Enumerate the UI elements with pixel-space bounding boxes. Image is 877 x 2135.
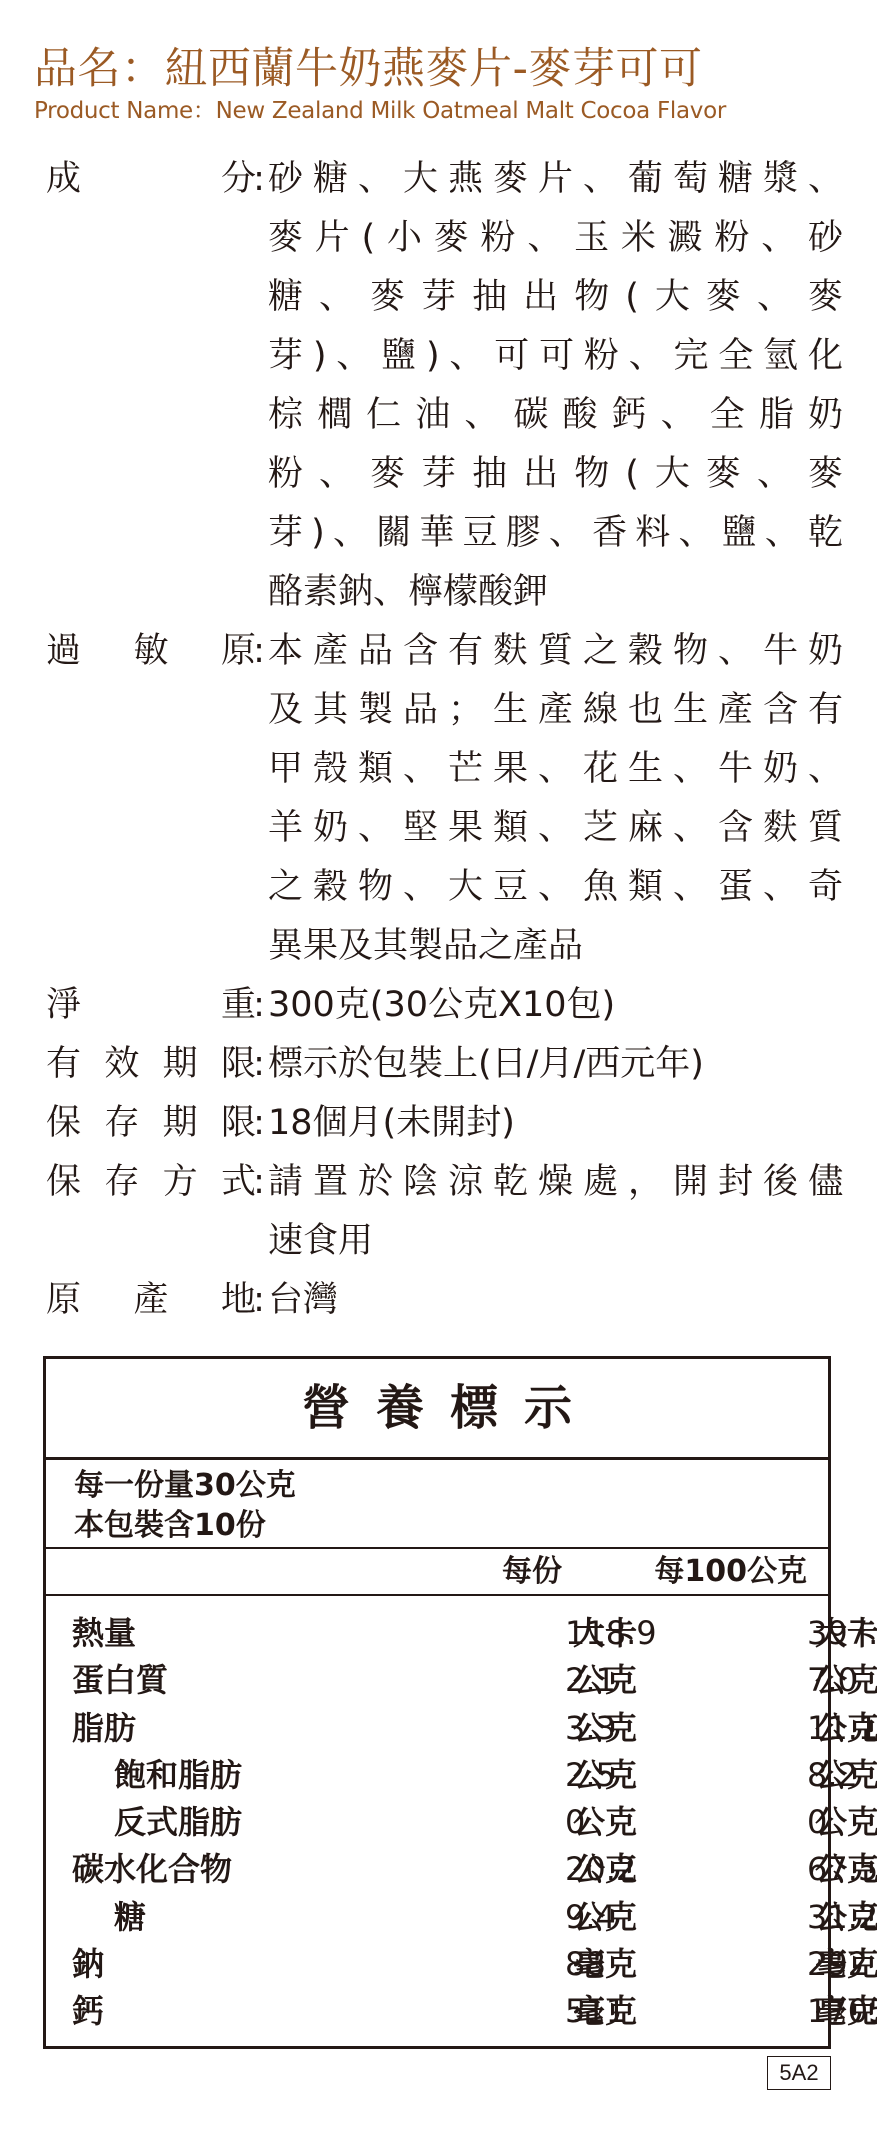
info-label-char: 有 bbox=[46, 1035, 81, 1094]
info-label: 過敏原 bbox=[46, 622, 256, 681]
serving-size: 每一份量30公克 bbox=[74, 1466, 828, 1506]
product-name-title: 品名：紐西蘭牛奶燕麥片-麥芽可可 bbox=[34, 42, 703, 96]
info-value: 本產品含有麩質之穀物、牛奶及其製品；生產線也生產含有甲殼類、芒果、花生、牛奶、羊… bbox=[268, 622, 843, 976]
product-info-section: 成分:砂糖、大燕麥片、葡萄糖漿、麥片(小麥粉、玉米澱粉、砂糖、麥芽抽出物(大麥、… bbox=[0, 150, 877, 1330]
info-value-line: 芽)、關華豆膠、香料、鹽、乾 bbox=[268, 504, 843, 563]
nutrient-row: 蛋白質2.1公克7.0公克 bbox=[46, 1657, 828, 1704]
info-label-char: 原 bbox=[46, 1271, 81, 1330]
per-serving-unit: 公克 bbox=[573, 1657, 637, 1704]
info-label-char: 期 bbox=[163, 1035, 198, 1094]
nutrient-rows: 熱量118.9大卡397.9大卡蛋白質2.1公克7.0公克脂肪3.3公克11.1… bbox=[46, 1596, 828, 2036]
info-value-line: 異果及其製品之產品 bbox=[268, 917, 843, 976]
info-value: 台灣 bbox=[268, 1271, 843, 1330]
info-value: 砂糖、大燕麥片、葡萄糖漿、麥片(小麥粉、玉米澱粉、砂糖、麥芽抽出物(大麥、麥芽)… bbox=[268, 150, 843, 622]
info-value: 300克(30公克X10包) bbox=[268, 976, 843, 1035]
column-header-per-100g: 每100公克 bbox=[654, 1549, 807, 1594]
info-label: 有效期限 bbox=[46, 1035, 256, 1094]
per-100g-unit: 大卡 bbox=[815, 1610, 877, 1657]
code-badge: 5A2 bbox=[767, 2056, 831, 2090]
info-value-line: 羊奶、堅果類、芝麻、含麩質 bbox=[268, 799, 843, 858]
info-value: 標示於包裝上(日/月/西元年) bbox=[268, 1035, 843, 1094]
info-colon: : bbox=[250, 1094, 268, 1153]
info-row-net-weight: 淨重:300克(30公克X10包) bbox=[0, 976, 877, 1035]
info-label: 原產地 bbox=[46, 1271, 256, 1330]
nutrient-label: 脂肪 bbox=[72, 1705, 136, 1752]
info-value-line: 請置於陰涼乾燥處，開封後儘 bbox=[268, 1153, 843, 1212]
info-row-origin: 原產地:台灣 bbox=[0, 1271, 877, 1330]
servings-per-pack: 本包裝含10份 bbox=[74, 1506, 828, 1546]
nutrient-label: 鈣 bbox=[72, 1988, 104, 2035]
info-value-line: 標示於包裝上(日/月/西元年) bbox=[268, 1035, 843, 1094]
info-label-char: 期 bbox=[163, 1094, 198, 1153]
nutrient-label: 鈉 bbox=[72, 1941, 104, 1988]
per-100g-unit: 公克 bbox=[815, 1657, 877, 1704]
nutrient-label: 蛋白質 bbox=[72, 1657, 168, 1704]
info-label: 保存方式 bbox=[46, 1153, 256, 1212]
info-row-ingredients: 成分:砂糖、大燕麥片、葡萄糖漿、麥片(小麥粉、玉米澱粉、砂糖、麥芽抽出物(大麥、… bbox=[0, 150, 877, 622]
column-header-per-serving: 每份 bbox=[502, 1549, 562, 1594]
info-label: 保存期限 bbox=[46, 1094, 256, 1153]
info-label-char: 敏 bbox=[133, 622, 168, 681]
per-100g-unit: 毫克 bbox=[815, 1941, 877, 1988]
info-label-char: 方 bbox=[163, 1153, 198, 1212]
per-100g-unit: 公克 bbox=[815, 1752, 877, 1799]
nutrient-row: 鈣511毫克1705毫克 bbox=[46, 1988, 828, 2035]
info-value-line: 粉、麥芽抽出物(大麥、麥 bbox=[268, 445, 843, 504]
per-serving-unit: 毫克 bbox=[573, 1988, 637, 2035]
info-label-char: 保 bbox=[46, 1094, 81, 1153]
info-label-char: 存 bbox=[104, 1094, 139, 1153]
info-label-char: 過 bbox=[46, 622, 81, 681]
info-value-line: 速食用 bbox=[268, 1212, 843, 1271]
info-row-expiry: 有效期限:標示於包裝上(日/月/西元年) bbox=[0, 1035, 877, 1094]
per-100g-unit: 公克 bbox=[815, 1799, 877, 1846]
nutrient-row: 飽和脂肪2.5公克8.2公克 bbox=[46, 1752, 828, 1799]
info-colon: : bbox=[250, 976, 268, 1035]
per-serving-unit: 公克 bbox=[573, 1705, 637, 1752]
info-value-line: 及其製品；生產線也生產含有 bbox=[268, 681, 843, 740]
per-100g-unit: 毫克 bbox=[815, 1988, 877, 2035]
info-value-line: 麥片(小麥粉、玉米澱粉、砂 bbox=[268, 209, 843, 268]
per-100g-unit: 公克 bbox=[815, 1705, 877, 1752]
per-serving-unit: 大卡 bbox=[573, 1610, 637, 1657]
info-colon: : bbox=[250, 1271, 268, 1330]
info-label-char: 存 bbox=[104, 1153, 139, 1212]
info-label: 成分 bbox=[46, 150, 256, 209]
info-colon: : bbox=[250, 622, 268, 976]
info-label-char: 產 bbox=[133, 1271, 168, 1330]
nutrient-label: 碳水化合物 bbox=[72, 1846, 232, 1893]
info-value-line: 棕櫚仁油、碳酸鈣、全脂奶 bbox=[268, 386, 843, 445]
info-row-allergens: 過敏原:本產品含有麩質之穀物、牛奶及其製品；生產線也生產含有甲殼類、芒果、花生、… bbox=[0, 622, 877, 976]
info-row-shelf-life: 保存期限:18個月(未開封) bbox=[0, 1094, 877, 1153]
nutrient-label: 熱量 bbox=[72, 1610, 136, 1657]
nutrient-row: 糖9.4公克31.2公克 bbox=[46, 1894, 828, 1941]
per-serving-unit: 毫克 bbox=[573, 1941, 637, 1988]
info-colon: : bbox=[250, 1153, 268, 1271]
nutrition-title: 營養標示 bbox=[46, 1359, 828, 1460]
per-100g-unit: 公克 bbox=[815, 1894, 877, 1941]
info-value: 請置於陰涼乾燥處，開封後儘速食用 bbox=[268, 1153, 843, 1271]
nutrient-row: 脂肪3.3公克11.1公克 bbox=[46, 1705, 828, 1752]
info-value-line: 本產品含有麩質之穀物、牛奶 bbox=[268, 622, 843, 681]
nutrient-label: 糖 bbox=[114, 1894, 146, 1941]
info-value-line: 之穀物、大豆、魚類、蛋、奇 bbox=[268, 858, 843, 917]
info-value-line: 糖、麥芽抽出物(大麥、麥 bbox=[268, 268, 843, 327]
info-colon: : bbox=[250, 1035, 268, 1094]
per-serving-unit: 公克 bbox=[573, 1846, 637, 1893]
info-value-line: 芽)、鹽)、可可粉、完全氫化 bbox=[268, 327, 843, 386]
info-label: 淨重 bbox=[46, 976, 256, 1035]
info-label-char: 成 bbox=[46, 150, 81, 209]
serving-info: 每一份量30公克 本包裝含10份 bbox=[46, 1460, 828, 1549]
nutrient-row: 反式脂肪0公克0公克 bbox=[46, 1799, 828, 1846]
product-name-english: Product Name：New Zealand Milk Oatmeal Ma… bbox=[34, 96, 726, 126]
nutrient-row: 鈉88毫克292毫克 bbox=[46, 1941, 828, 1988]
info-value: 18個月(未開封) bbox=[268, 1094, 843, 1153]
info-label-char: 淨 bbox=[46, 976, 81, 1035]
nutrient-row: 碳水化合物20.2公克67.5公克 bbox=[46, 1846, 828, 1893]
per-100g-unit: 公克 bbox=[815, 1846, 877, 1893]
nutrient-label: 反式脂肪 bbox=[114, 1799, 242, 1846]
info-value-line: 300克(30公克X10包) bbox=[268, 976, 843, 1035]
column-headers: 每份 每100公克 bbox=[46, 1549, 828, 1596]
info-value-line: 酪素鈉、檸檬酸鉀 bbox=[268, 563, 843, 622]
per-serving-unit: 公克 bbox=[573, 1799, 637, 1846]
info-value-line: 甲殼類、芒果、花生、牛奶、 bbox=[268, 740, 843, 799]
per-serving-unit: 公克 bbox=[573, 1894, 637, 1941]
info-label-char: 保 bbox=[46, 1153, 81, 1212]
info-label-char: 效 bbox=[104, 1035, 139, 1094]
info-value-line: 砂糖、大燕麥片、葡萄糖漿、 bbox=[268, 150, 843, 209]
info-value-line: 18個月(未開封) bbox=[268, 1094, 843, 1153]
info-value-line: 台灣 bbox=[268, 1271, 843, 1330]
nutrient-label: 飽和脂肪 bbox=[114, 1752, 242, 1799]
info-colon: : bbox=[250, 150, 268, 622]
nutrient-row: 熱量118.9大卡397.9大卡 bbox=[46, 1610, 828, 1657]
info-row-storage: 保存方式:請置於陰涼乾燥處，開封後儘速食用 bbox=[0, 1153, 877, 1271]
nutrition-facts-table: 營養標示 每一份量30公克 本包裝含10份 每份 每100公克 熱量118.9大… bbox=[43, 1356, 831, 2049]
per-serving-unit: 公克 bbox=[573, 1752, 637, 1799]
